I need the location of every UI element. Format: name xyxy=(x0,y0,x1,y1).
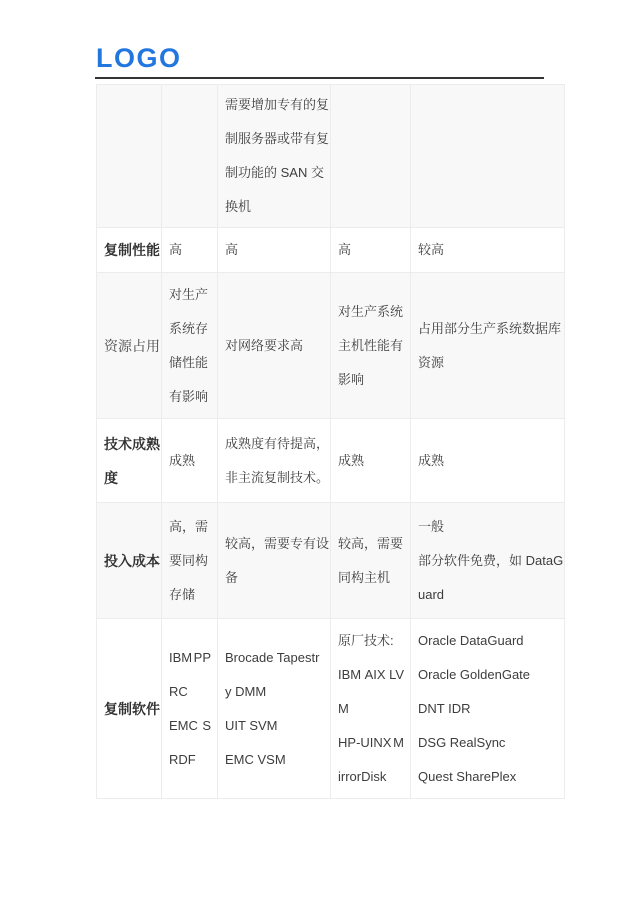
table-cell: IBMPPRCEMCSRDF xyxy=(162,619,218,799)
cell-line: RDF xyxy=(169,743,216,777)
cell-line: 要同构 xyxy=(169,544,216,578)
cell-line: 高 xyxy=(338,233,409,267)
cell-line: 非主流复制技术。 xyxy=(225,461,329,495)
row-header-cell xyxy=(97,85,162,228)
cell-line: IBMPP xyxy=(169,641,216,675)
cell-line: 成熟 xyxy=(418,444,563,478)
cell-line: Quest SharePlex xyxy=(418,760,563,794)
cell-line: uard xyxy=(418,578,563,612)
cell-line: M xyxy=(338,692,409,726)
cell-line: 复制软件 xyxy=(104,692,160,726)
cell-line-word: M xyxy=(393,726,404,760)
cell-line: UIT SVM xyxy=(225,709,329,743)
cell-line: Oracle GoldenGate xyxy=(418,658,563,692)
cell-line-word: HP-UINX xyxy=(338,726,391,760)
table-cell: 对生产系统存储性能有影响 xyxy=(162,273,218,419)
cell-line: 成熟 xyxy=(169,444,216,478)
table-row: 复制软件IBMPPRCEMCSRDFBrocade Tapestry DMMUI… xyxy=(97,619,565,799)
cell-line: 高 xyxy=(169,233,216,267)
cell-line: 换机 xyxy=(225,190,329,224)
cell-line: RC xyxy=(169,675,216,709)
row-header-cell: 复制软件 xyxy=(97,619,162,799)
cell-line: 系统存 xyxy=(169,312,216,346)
cell-line: 有影响 xyxy=(169,380,216,414)
comparison-table-body: 需要增加专有的复制服务器或带有复制功能的 SAN 交换机复制性能高高高较高资源占… xyxy=(97,85,565,799)
table-cell: 一般部分软件免费，如 DataGuard xyxy=(411,503,565,619)
cell-line: 资源 xyxy=(418,346,563,380)
cell-line: HP-UINXM xyxy=(338,726,409,760)
cell-line: 同构主机 xyxy=(338,561,409,595)
cell-line: 占用部分生产系统数据库 xyxy=(418,312,563,346)
cell-line: 投入成本 xyxy=(104,544,160,578)
table-row: 技术成熟度成熟成熟度有待提高，非主流复制技术。成熟成熟 xyxy=(97,419,565,503)
cell-line: 影响 xyxy=(338,363,409,397)
table-row: 需要增加专有的复制服务器或带有复制功能的 SAN 交换机 xyxy=(97,85,565,228)
table-cell: 高，需要同构存储 xyxy=(162,503,218,619)
table-cell xyxy=(411,85,565,228)
row-header-cell: 技术成熟度 xyxy=(97,419,162,503)
cell-line: 度 xyxy=(104,461,160,495)
cell-line: 备 xyxy=(225,561,329,595)
table-cell: 占用部分生产系统数据库资源 xyxy=(411,273,565,419)
cell-line: 成熟 xyxy=(338,444,409,478)
table-cell: 成熟 xyxy=(331,419,411,503)
cell-line: 制功能的 SAN 交 xyxy=(225,156,329,190)
table-cell: Oracle DataGuardOracle GoldenGateDNT IDR… xyxy=(411,619,565,799)
cell-line: 存储 xyxy=(169,578,216,612)
header-divider xyxy=(95,77,544,79)
cell-line: 主机性能有 xyxy=(338,329,409,363)
cell-line-word: PP xyxy=(194,641,211,675)
cell-line: 成熟度有待提高， xyxy=(225,427,329,461)
table-cell: 高 xyxy=(162,228,218,273)
table-cell: 成熟 xyxy=(411,419,565,503)
row-header-cell: 投入成本 xyxy=(97,503,162,619)
cell-line: Oracle DataGuard xyxy=(418,624,563,658)
cell-line: irrorDisk xyxy=(338,760,409,794)
cell-line: y DMM xyxy=(225,675,329,709)
cell-line-word: S xyxy=(202,709,211,743)
cell-line-word: IBM xyxy=(338,658,361,692)
cell-line: 储性能 xyxy=(169,346,216,380)
cell-line: 高 xyxy=(225,233,329,267)
cell-line: 一般 xyxy=(418,510,563,544)
table-cell xyxy=(162,85,218,228)
table-cell: 对生产系统主机性能有影响 xyxy=(331,273,411,419)
cell-line: 较高 xyxy=(418,233,563,267)
table-cell: 高 xyxy=(218,228,331,273)
cell-line: 复制性能 xyxy=(104,233,160,267)
logo: LOGO xyxy=(96,45,182,72)
table-cell: 较高，需要专有设备 xyxy=(218,503,331,619)
table-cell: 对网络要求高 xyxy=(218,273,331,419)
cell-line: 对网络要求高 xyxy=(225,329,329,363)
table-cell: 较高 xyxy=(411,228,565,273)
cell-line: EMC VSM xyxy=(225,743,329,777)
table-cell: 原厂技术:IBMAIXLVMHP-UINXMirrorDisk xyxy=(331,619,411,799)
cell-line: 制服务器或带有复 xyxy=(225,122,329,156)
table-cell: 成熟 xyxy=(162,419,218,503)
cell-line: 较高，需要专有设 xyxy=(225,527,329,561)
cell-line: 需要增加专有的复 xyxy=(225,88,329,122)
cell-line: 对生产 xyxy=(169,278,216,312)
document-page: LOGO 需要增加专有的复制服务器或带有复制功能的 SAN 交换机复制性能高高高… xyxy=(0,0,640,906)
table-cell xyxy=(331,85,411,228)
cell-line: 高，需 xyxy=(169,510,216,544)
cell-line: 对生产系统 xyxy=(338,295,409,329)
cell-line: 原厂技术: xyxy=(338,624,409,658)
cell-line: 资源占用 xyxy=(104,329,160,363)
table-row: 资源占用对生产系统存储性能有影响对网络要求高对生产系统主机性能有影响占用部分生产… xyxy=(97,273,565,419)
cell-line: 较高，需要 xyxy=(338,527,409,561)
table-cell: 较高，需要同构主机 xyxy=(331,503,411,619)
row-header-cell: 资源占用 xyxy=(97,273,162,419)
table-row: 投入成本高，需要同构存储较高，需要专有设备较高，需要同构主机一般部分软件免费，如… xyxy=(97,503,565,619)
comparison-table: 需要增加专有的复制服务器或带有复制功能的 SAN 交换机复制性能高高高较高资源占… xyxy=(96,84,565,799)
table-cell: Brocade Tapestry DMMUIT SVMEMC VSM xyxy=(218,619,331,799)
cell-line: 部分软件免费，如 DataG xyxy=(418,544,563,578)
cell-line-word: IBM xyxy=(169,641,192,675)
row-header-cell: 复制性能 xyxy=(97,228,162,273)
cell-line: EMCS xyxy=(169,709,216,743)
cell-line-word: EMC xyxy=(169,709,198,743)
cell-line: 技术成熟 xyxy=(104,427,160,461)
table-cell: 成熟度有待提高，非主流复制技术。 xyxy=(218,419,331,503)
table-cell: 高 xyxy=(331,228,411,273)
cell-line: Brocade Tapestr xyxy=(225,641,329,675)
cell-line-word: AIX xyxy=(365,658,386,692)
cell-line: IBMAIXLV xyxy=(338,658,409,692)
cell-line-word: LV xyxy=(389,658,404,692)
cell-line: DSG RealSync xyxy=(418,726,563,760)
table-row: 复制性能高高高较高 xyxy=(97,228,565,273)
table-cell: 需要增加专有的复制服务器或带有复制功能的 SAN 交换机 xyxy=(218,85,331,228)
cell-line: DNT IDR xyxy=(418,692,563,726)
